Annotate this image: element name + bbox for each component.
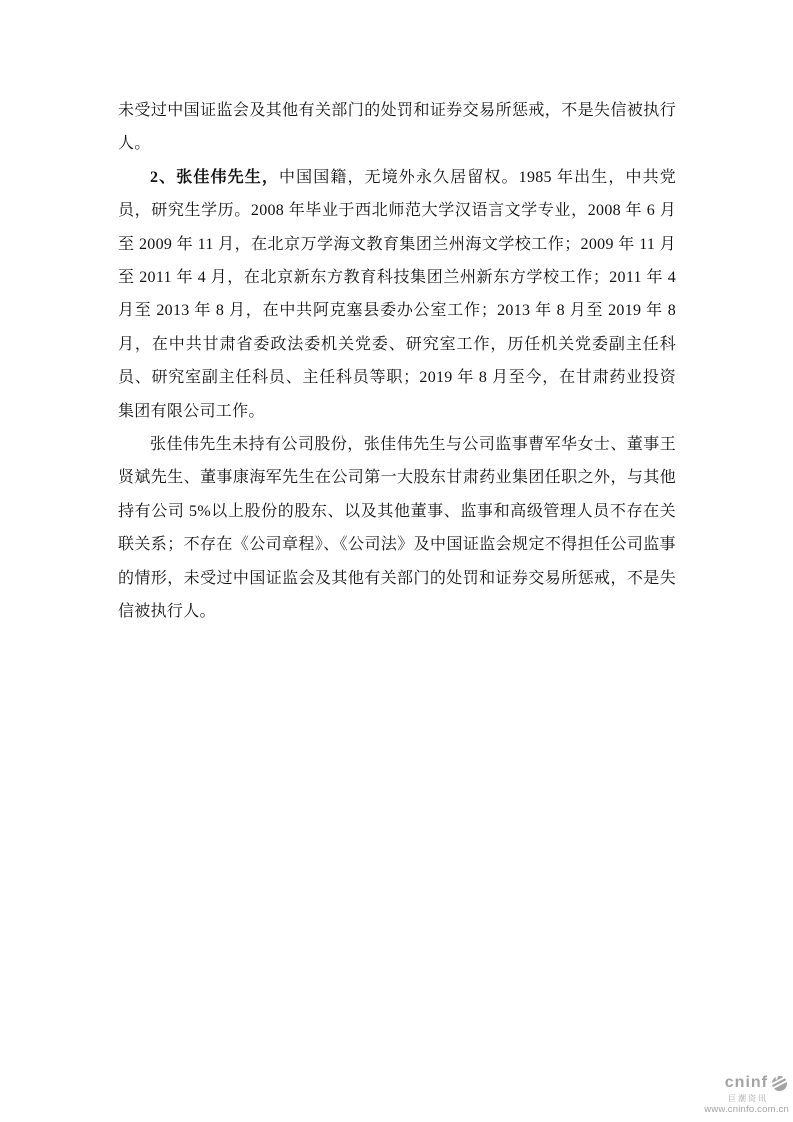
cninfo-logo: cninf 巨潮资讯 www.cninfo.com.cn [679, 1074, 789, 1115]
cninfo-tagline: 巨潮资讯 [679, 1095, 768, 1103]
cninfo-logo-row: cninf [679, 1074, 789, 1093]
cninfo-url: www.cninfo.com.cn [679, 1105, 789, 1115]
paragraph-bio: 2、张佳伟先生，中国国籍，无境外永久居留权。1985 年出生，中共党员，研究生学… [118, 161, 676, 428]
cninfo-logo-text: cninf [725, 1075, 768, 1091]
document-page: 未受过中国证监会及其他有关部门的处罚和证券交易所惩戒，不是失信被执行人。 2、张… [0, 0, 793, 1122]
document-body: 未受过中国证监会及其他有关部门的处罚和证券交易所惩戒，不是失信被执行人。 2、张… [118, 94, 676, 629]
paragraph-continuation: 未受过中国证监会及其他有关部门的处罚和证券交易所惩戒，不是失信被执行人。 [118, 94, 676, 161]
paragraph-disclosure: 张佳伟先生未持有公司股份，张佳伟先生与公司监事曹军华女士、董事王贤斌先生、董事康… [118, 428, 676, 628]
paragraph-bio-text: 中国国籍，无境外永久居留权。1985 年出生，中共党员，研究生学历。2008 年… [118, 169, 676, 420]
person-name-heading: 2、张佳伟先生， [150, 169, 279, 186]
cninfo-swirl-icon [770, 1074, 789, 1093]
